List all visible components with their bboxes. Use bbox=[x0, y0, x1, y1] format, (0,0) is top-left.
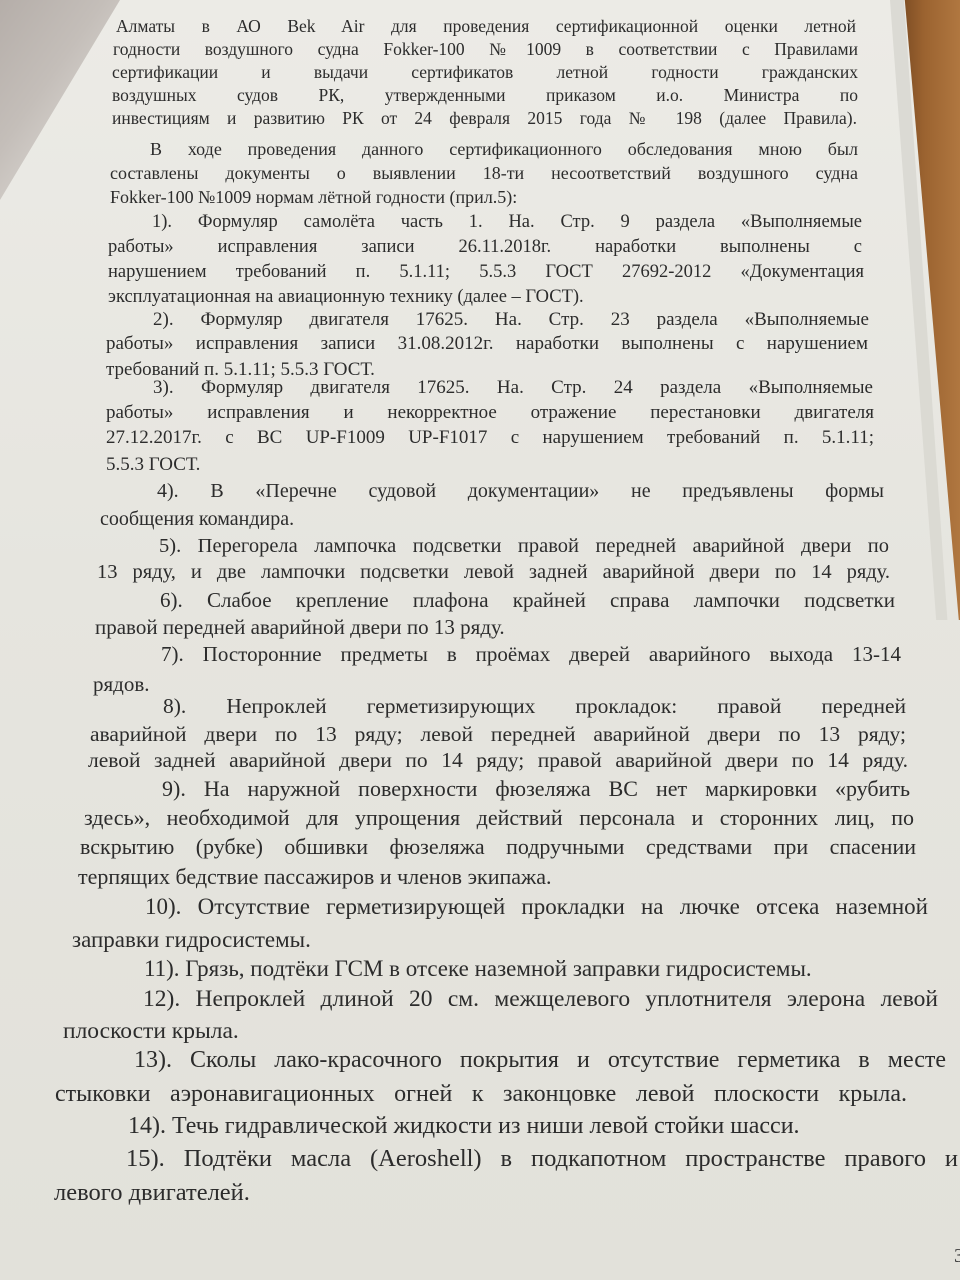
text-line: работы» исправления записи 31.08.2012г. … bbox=[106, 333, 868, 356]
text-line: левого двигателей. bbox=[54, 1178, 274, 1207]
text-line: 1). Формуляр самолёта часть 1. На. Стр. … bbox=[152, 211, 862, 233]
text-line: 11). Грязь, подтёки ГСМ в отсеке наземно… bbox=[144, 955, 894, 983]
text-line: работы» исправления и некорректное отраж… bbox=[106, 402, 874, 425]
text-line: плоскости крыла. bbox=[63, 1017, 253, 1045]
text-line: здесь», необходимой для упрощения действ… bbox=[84, 805, 914, 831]
text-line: Fokker-100 №1009 нормам лётной годности … bbox=[110, 187, 510, 209]
text-line: В ходе проведения данного сертификационн… bbox=[150, 139, 858, 161]
text-line: 6). Слабое крепление плафона крайней спр… bbox=[160, 588, 895, 613]
text-line: 5). Перегорела лампочка подсветки правой… bbox=[159, 534, 889, 559]
page-number: 3 bbox=[954, 1245, 960, 1268]
text-line: 4). В «Перечне судовой документации» не … bbox=[157, 479, 884, 503]
text-line: сообщения командира. bbox=[100, 507, 320, 531]
text-line: 27.12.2017г. с ВС UP-F1009 UP-F1017 с на… bbox=[106, 427, 874, 450]
text-line: 3). Формуляр двигателя 17625. На. Стр. 2… bbox=[153, 377, 873, 400]
text-line: инвестициям и развитию РК от 24 февраля … bbox=[112, 108, 857, 129]
text-line: левой задней аварийной двери по 14 ряду;… bbox=[88, 748, 908, 774]
text-line: 7). Посторонние предметы в проёмах двере… bbox=[161, 642, 901, 667]
text-line: 14). Течь гидравлической жидкости из ниш… bbox=[128, 1112, 878, 1141]
text-line: заправки гидросистемы. bbox=[72, 926, 334, 954]
text-line: эксплуатационная на авиационную технику … bbox=[108, 286, 548, 308]
text-line: 2). Формуляр двигателя 17625. На. Стр. 2… bbox=[153, 309, 869, 332]
text-line: 12). Непроклей длиной 20 см. межщелевого… bbox=[143, 985, 938, 1013]
text-line: 10). Отсутствие герметизирующей прокладк… bbox=[145, 893, 928, 921]
text-line: 8). Непроклей герметизирующих прокладок:… bbox=[163, 694, 906, 720]
text-line: 15). Подтёки масла (Aeroshell) в подкапо… bbox=[126, 1144, 958, 1173]
text-line: терпящих бедствие пассажиров и членов эк… bbox=[78, 864, 578, 890]
text-line: 13). Сколы лако-красочного покрытия и от… bbox=[134, 1046, 946, 1075]
text-line: составлены документы о выявлении 18-ти н… bbox=[110, 163, 858, 185]
text-line: 9). На наружной поверхности фюзеляжа ВС … bbox=[162, 776, 910, 802]
text-line: правой передней аварийной двери по 13 ря… bbox=[95, 615, 555, 640]
text-line: рядов. bbox=[93, 672, 153, 697]
text-line: аварийной двери по 13 ряду; левой передн… bbox=[90, 722, 906, 748]
text-line: 5.5.3 ГОСТ. bbox=[106, 454, 216, 477]
text-line: нарушением требований п. 5.1.11; 5.5.3 Г… bbox=[108, 261, 864, 283]
text-line: 13 ряду, и две лампочки подсветки левой … bbox=[97, 560, 890, 585]
text-line: Алматы в АО Bek Air для проведения серти… bbox=[116, 16, 856, 37]
text-line: сертификации и выдачи сертификатов летно… bbox=[112, 62, 858, 83]
text-line: вскрытию (рубке) обшивки фюзеляжа подруч… bbox=[80, 834, 916, 860]
text-line: стыковки аэронавигационных огней к закон… bbox=[55, 1080, 907, 1109]
text-line: годности воздушного судна Fokker-100 №10… bbox=[113, 39, 858, 60]
text-line: работы» исправления записи 26.11.2018г. … bbox=[108, 236, 862, 258]
text-line: воздушных судов РК, утвержденными приказ… bbox=[112, 85, 858, 106]
